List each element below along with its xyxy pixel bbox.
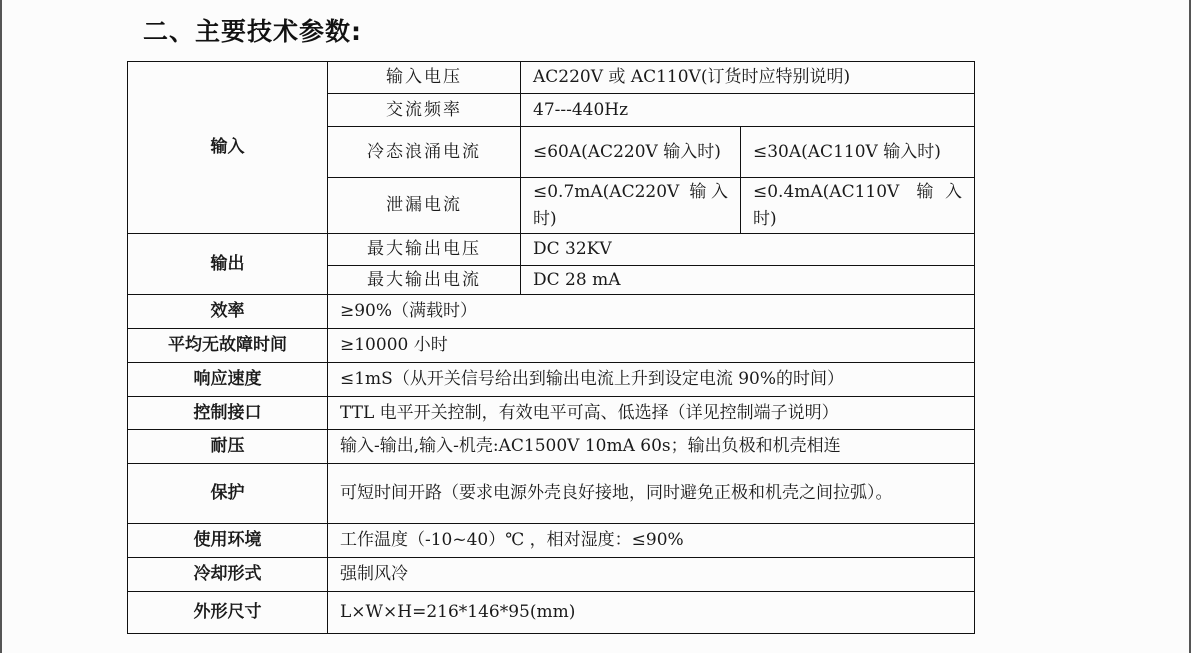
category-label: 平均无故障时间 (128, 329, 328, 363)
param-label: 输入电压 (328, 62, 521, 94)
spec-value: 工作温度（-10~40）℃ ，相对湿度：≤90% (328, 524, 975, 558)
spec-value: TTL 电平开关控制，有效电平可高、低选择（详见控制端子说明） (328, 397, 975, 430)
param-label: 泄漏电流 (328, 178, 521, 234)
category-label: 外形尺寸 (128, 592, 328, 634)
table-row: 冷却形式 强制风冷 (128, 558, 975, 592)
spec-value: ≥90%（满载时） (328, 295, 975, 329)
category-label: 控制接口 (128, 397, 328, 430)
table-row: 平均无故障时间 ≥10000 小时 (128, 329, 975, 363)
category-output: 输出 (128, 234, 328, 295)
param-value-110v: ≤30A(AC110V 输入时) (741, 127, 975, 178)
category-label: 保护 (128, 464, 328, 524)
page-edge-left (0, 0, 2, 653)
spec-value: L×W×H=216*146*95(mm) (328, 592, 975, 634)
category-label: 冷却形式 (128, 558, 328, 592)
param-value-110v: ≤0.4mA(AC110V 输入时) (741, 178, 975, 234)
param-value: DC 28 mA (521, 266, 975, 295)
param-value-220v: ≤0.7mA(AC220V 输入时) (521, 178, 741, 234)
spec-value: ≥10000 小时 (328, 329, 975, 363)
section-heading: 二、主要技术参数: (143, 12, 362, 48)
spec-value: 输入-输出,输入-机壳:AC1500V 10mA 60s；输出负极和机壳相连 (328, 430, 975, 464)
category-input: 输入 (128, 62, 328, 234)
spec-value: ≤1mS（从开关信号给出到输出电流上升到设定电流 90%的时间） (328, 363, 975, 397)
spec-value: 强制风冷 (328, 558, 975, 592)
table-row: 输入 输入电压 AC220V 或 AC110V(订货时应特别说明) (128, 62, 975, 94)
table-row: 控制接口 TTL 电平开关控制，有效电平可高、低选择（详见控制端子说明） (128, 397, 975, 430)
param-value: DC 32KV (521, 234, 975, 266)
category-label: 耐压 (128, 430, 328, 464)
table-row: 输出 最大输出电压 DC 32KV (128, 234, 975, 266)
param-label: 最大输出电压 (328, 234, 521, 266)
param-label: 冷态浪涌电流 (328, 127, 521, 178)
table-row: 保护 可短时间开路（要求电源外壳良好接地，同时避免正极和机壳之间拉弧）。 (128, 464, 975, 524)
param-value-220v: ≤60A(AC220V 输入时) (521, 127, 741, 178)
table-row: 外形尺寸 L×W×H=216*146*95(mm) (128, 592, 975, 634)
table-row: 响应速度 ≤1mS（从开关信号给出到输出电流上升到设定电流 90%的时间） (128, 363, 975, 397)
param-label: 最大输出电流 (328, 266, 521, 295)
category-label: 使用环境 (128, 524, 328, 558)
category-label: 效率 (128, 295, 328, 329)
category-label: 响应速度 (128, 363, 328, 397)
param-value: AC220V 或 AC110V(订货时应特别说明) (521, 62, 975, 94)
spec-value: 可短时间开路（要求电源外壳良好接地，同时避免正极和机壳之间拉弧）。 (328, 464, 975, 524)
param-label: 交流频率 (328, 94, 521, 127)
table-row: 耐压 输入-输出,输入-机壳:AC1500V 10mA 60s；输出负极和机壳相… (128, 430, 975, 464)
param-value: 47---440Hz (521, 94, 975, 127)
table-row: 使用环境 工作温度（-10~40）℃ ，相对湿度：≤90% (128, 524, 975, 558)
table-row: 效率 ≥90%（满载时） (128, 295, 975, 329)
spec-table: 输入 输入电压 AC220V 或 AC110V(订货时应特别说明) 交流频率 4… (127, 61, 975, 634)
